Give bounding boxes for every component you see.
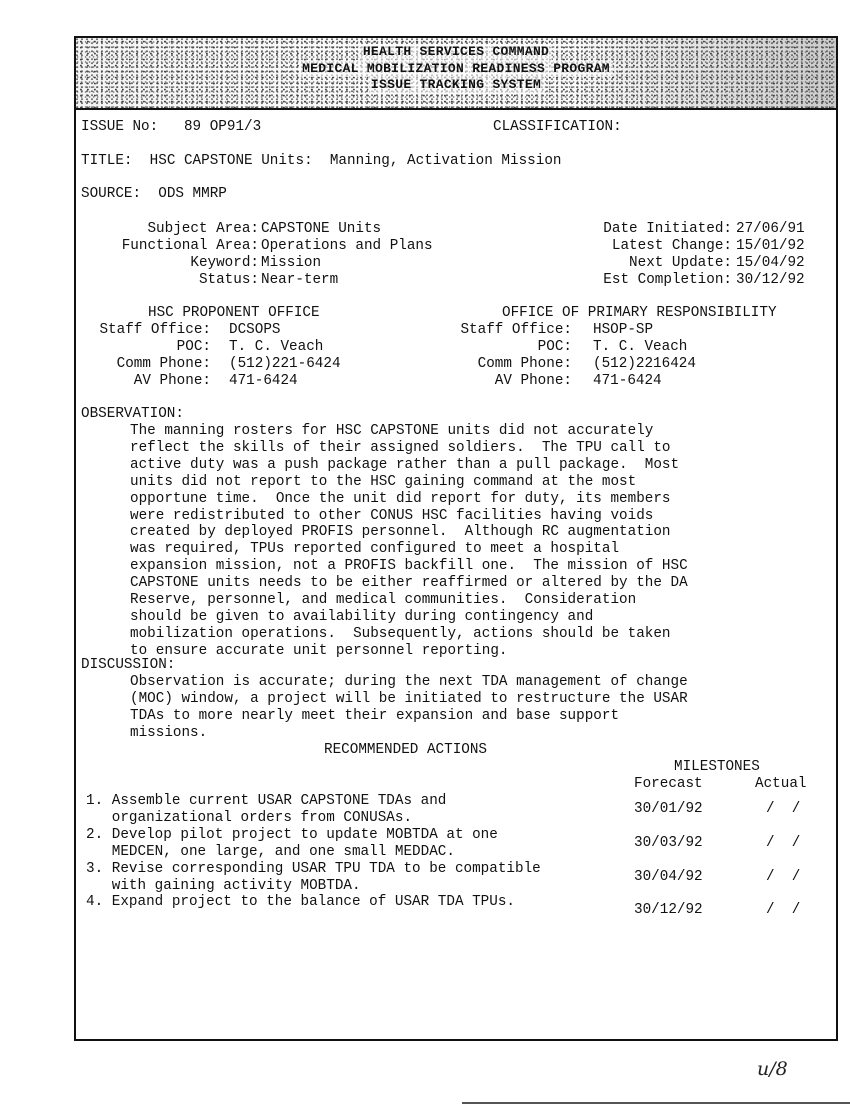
forecast-column-header: Forecast <box>634 776 703 793</box>
forecast-date: 30/03/92 <box>634 835 703 851</box>
forecast-dates: 30/01/92 30/03/92 30/04/92 30/12/92 <box>634 793 703 928</box>
proponent-comm-phone-label: Comm Phone: <box>117 356 211 372</box>
forecast-date: 30/04/92 <box>634 869 703 885</box>
primary-comm-phone: (512)2216424 <box>593 356 696 372</box>
primary-av-phone: 471-6424 <box>593 373 662 389</box>
actual-dates: / / / / / / / / <box>766 793 800 928</box>
observation-line: CAPSTONE units needs to be either reaffi… <box>130 575 688 591</box>
actual-date: / / <box>766 801 800 817</box>
discussion-line: missions. <box>130 725 207 741</box>
source-value: ODS MMRP <box>158 186 227 202</box>
primary-poc: T. C. Veach <box>593 339 687 355</box>
proponent-poc-label: POC: <box>177 339 211 355</box>
primary-values: HSOP-SP T. C. Veach (512)2216424 471-642… <box>593 322 696 390</box>
discussion-text: Observation is accurate; during the next… <box>130 674 688 742</box>
actual-column-header: Actual <box>755 776 806 793</box>
next-update-label: Next Update: <box>629 255 732 271</box>
actual-date: / / <box>766 835 800 851</box>
source-label: SOURCE: <box>81 186 141 202</box>
est-completion-label: Est Completion: <box>603 272 732 288</box>
primary-staff-office-label: Staff Office: <box>460 322 572 338</box>
primary-poc-label: POC: <box>538 339 572 355</box>
issue-number-row: ISSUE No: 89 OP91/3 <box>81 119 261 136</box>
title-value: HSC CAPSTONE Units: Manning, Activation … <box>150 153 562 169</box>
date-values: 27/06/91 15/01/92 15/04/92 30/12/92 <box>736 221 805 289</box>
primary-staff-office: HSOP-SP <box>593 322 653 338</box>
action-item-2-cont: MEDCEN, one large, and one small MEDDAC. <box>112 844 455 860</box>
handwritten-page-mark: u/8 <box>757 1058 788 1080</box>
observation-line: were redistributed to other CONUS HSC fa… <box>130 508 653 524</box>
status-value: Near-term <box>261 272 338 288</box>
observation-line: opportune time. Once the unit did report… <box>130 491 671 507</box>
primary-labels: Staff Office: POC: Comm Phone: AV Phone: <box>442 322 572 390</box>
keyword-value: Mission <box>261 255 321 271</box>
observation-line: expansion mission, not a PROFIS backfill… <box>130 558 688 574</box>
primary-office-heading: OFFICE OF PRIMARY RESPONSIBILITY <box>502 305 777 322</box>
est-completion-value: 30/12/92 <box>736 272 805 288</box>
status-label: Status: <box>199 272 259 288</box>
classification-label: CLASSIFICATION: <box>493 119 622 136</box>
actual-date: / / <box>766 902 800 918</box>
proponent-av-phone: 471-6424 <box>229 373 298 389</box>
date-labels: Date Initiated: Latest Change: Next Upda… <box>540 221 732 289</box>
observation-line: active duty was a push package rather th… <box>130 457 679 473</box>
forecast-date: 30/12/92 <box>634 902 703 918</box>
primary-comm-phone-label: Comm Phone: <box>478 356 572 372</box>
header-line-system: ISSUE TRACKING SYSTEM <box>368 77 544 94</box>
proponent-staff-office: DCSOPS <box>229 322 280 338</box>
functional-area-label: Functional Area: <box>122 238 259 254</box>
recommended-actions-heading: RECOMMENDED ACTIONS <box>324 742 487 759</box>
header-line-command: HEALTH SERVICES COMMAND <box>360 44 552 61</box>
action-item-1-cont: organizational orders from CONUSAs. <box>112 810 412 826</box>
subject-area-label: Subject Area: <box>147 221 259 237</box>
header-line-program: MEDICAL MOBILIZATION READINESS PROGRAM <box>299 61 613 78</box>
action-list: 1. Assemble current USAR CAPSTONE TDAs a… <box>86 793 541 911</box>
forecast-date: 30/01/92 <box>634 801 703 817</box>
observation-line: mobilization operations. Subsequently, a… <box>130 626 671 642</box>
observation-line: units did not report to the HSC gaining … <box>130 474 636 490</box>
date-initiated-label: Date Initiated: <box>603 221 732 237</box>
proponent-values: DCSOPS T. C. Veach (512)221-6424 471-642… <box>229 322 341 390</box>
observation-label: OBSERVATION: <box>81 406 184 423</box>
keyword-label: Keyword: <box>190 255 259 271</box>
observation-line: should be given to availability during c… <box>130 609 593 625</box>
title-label: TITLE: <box>81 153 132 169</box>
observation-line: The manning rosters for HSC CAPSTONE uni… <box>130 423 653 439</box>
observation-line: to ensure accurate unit personnel report… <box>130 643 508 659</box>
bottom-rule <box>462 1102 850 1104</box>
action-item-2: 2. Develop pilot project to update MOBTD… <box>86 827 498 843</box>
action-item-3: 3. Revise corresponding USAR TPU TDA to … <box>86 861 541 877</box>
observation-line: Reserve, personnel, and medical communit… <box>130 592 636 608</box>
observation-line: created by deployed PROFIS personnel. Al… <box>130 524 671 540</box>
source-row: SOURCE: ODS MMRP <box>81 186 227 203</box>
area-labels: Subject Area: Functional Area: Keyword: … <box>81 221 259 289</box>
observation-text: The manning rosters for HSC CAPSTONE uni… <box>130 423 688 660</box>
title-row: TITLE: HSC CAPSTONE Units: Manning, Acti… <box>81 153 561 170</box>
action-item-4: 4. Expand project to the balance of USAR… <box>86 894 515 910</box>
next-update-value: 15/04/92 <box>736 255 805 271</box>
proponent-office-heading: HSC PROPONENT OFFICE <box>148 305 320 322</box>
observation-line: was required, TPUs reported configured t… <box>130 541 619 557</box>
form-header-banner: HEALTH SERVICES COMMAND MEDICAL MOBILIZA… <box>76 38 836 110</box>
issue-no-label: ISSUE No: <box>81 119 158 135</box>
proponent-av-phone-label: AV Phone: <box>134 373 211 389</box>
milestones-heading: MILESTONES <box>674 759 760 776</box>
discussion-label: DISCUSSION: <box>81 657 175 674</box>
subject-area-value: CAPSTONE Units <box>261 221 381 237</box>
discussion-line: (MOC) window, a project will be initiate… <box>130 691 688 707</box>
action-item-3-cont: with gaining activity MOBTDA. <box>112 878 361 894</box>
proponent-poc: T. C. Veach <box>229 339 323 355</box>
primary-av-phone-label: AV Phone: <box>495 373 572 389</box>
date-initiated-value: 27/06/91 <box>736 221 805 237</box>
latest-change-label: Latest Change: <box>612 238 732 254</box>
discussion-line: TDAs to more nearly meet their expansion… <box>130 708 619 724</box>
proponent-staff-office-label: Staff Office: <box>99 322 211 338</box>
issue-no-value: 89 OP91/3 <box>184 119 261 135</box>
proponent-comm-phone: (512)221-6424 <box>229 356 341 372</box>
action-item-1: 1. Assemble current USAR CAPSTONE TDAs a… <box>86 793 446 809</box>
functional-area-value: Operations and Plans <box>261 238 433 254</box>
actual-date: / / <box>766 869 800 885</box>
area-values: CAPSTONE Units Operations and Plans Miss… <box>261 221 433 289</box>
observation-line: reflect the skills of their assigned sol… <box>130 440 671 456</box>
discussion-line: Observation is accurate; during the next… <box>130 674 688 690</box>
latest-change-value: 15/01/92 <box>736 238 805 254</box>
proponent-labels: Staff Office: POC: Comm Phone: AV Phone: <box>81 322 211 390</box>
